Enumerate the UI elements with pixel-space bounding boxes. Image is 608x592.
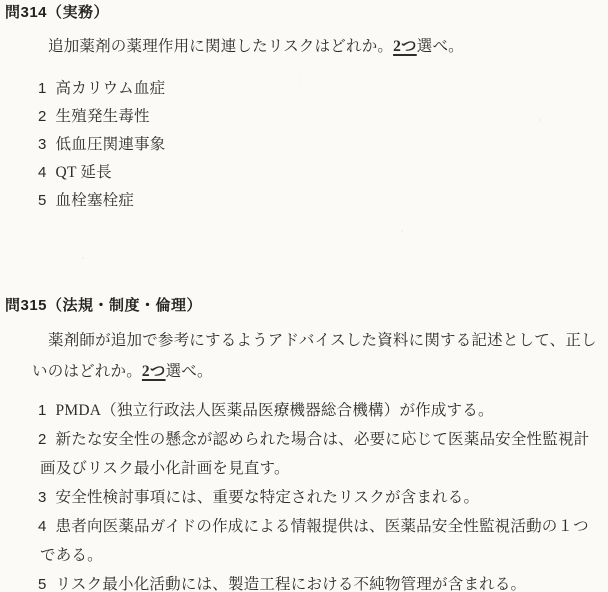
q314-option-5: 5血栓塞栓症: [40, 187, 604, 215]
option-text: 生殖発生毒性: [56, 108, 150, 125]
option-number: 2: [38, 431, 47, 448]
option-text: 新たな安全性の懸念が認められた場合は、必要に応じて医薬品安全性監視計画及びリスク…: [40, 431, 589, 477]
q315-option-2: 2新たな安全性の懸念が認められた場合は、必要に応じて医薬品安全性監視計画及びリス…: [40, 425, 604, 483]
option-text: 低血圧関連事象: [56, 136, 166, 153]
q315-option-5: 5リスク最小化活動には、製造工程における不純物管理が含まれる。: [40, 570, 604, 592]
question-315-header: 問315（法規・制度・倫理）: [0, 296, 608, 316]
option-number: 1: [38, 402, 47, 419]
question-315-text-after: 選べ。: [166, 363, 213, 380]
option-text: QT 延長: [56, 164, 112, 181]
option-text: 患者向医薬品ガイドの作成による情報提供は、医薬品安全性監視活動の１つである。: [40, 518, 589, 564]
question-315-emphasis: 2つ: [142, 363, 166, 380]
q314-option-1: 1高カリウム血症: [40, 75, 604, 103]
question-314-section: 問314（実務） 追加薬剤の薬理作用に関連したリスクはどれか。2つ選べ。 1高カ…: [0, 3, 608, 215]
question-314-options: 1高カリウム血症 2生殖発生毒性 3低血圧関連事象 4QT 延長 5血栓塞栓症: [0, 75, 608, 215]
q315-option-4: 4患者向医薬品ガイドの作成による情報提供は、医薬品安全性監視活動の１つである。: [40, 512, 604, 570]
option-number: 4: [38, 164, 47, 181]
question-314-header: 問314（実務）: [0, 3, 608, 23]
option-number: 3: [38, 136, 47, 153]
option-number: 1: [38, 80, 47, 97]
q314-option-4: 4QT 延長: [40, 159, 604, 187]
question-314-text-after: 選べ。: [417, 38, 464, 55]
question-314-text-before: 追加薬剤の薬理作用に関連したリスクはどれか。: [48, 38, 393, 55]
exam-page: { "colors": { "page_background": "#fbfaf…: [0, 0, 608, 592]
question-314-text: 追加薬剤の薬理作用に関連したリスクはどれか。2つ選べ。: [32, 32, 604, 62]
question-315-text: 薬剤師が追加で参考にするようアドバイスした資料に関する記述として、正しいのはどれ…: [32, 325, 604, 387]
option-number: 5: [38, 192, 47, 209]
question-315-options: 1PMDA（独立行政法人医薬品医療機器総合機構）が作成する。 2新たな安全性の懸…: [0, 396, 608, 592]
question-315-section: 問315（法規・制度・倫理） 薬剤師が追加で参考にするようアドバイスした資料に関…: [0, 296, 608, 592]
option-text: 血栓塞栓症: [56, 192, 135, 209]
option-text: 安全性検討事項には、重要な特定されたリスクが含まれる。: [56, 489, 480, 506]
q315-option-1: 1PMDA（独立行政法人医薬品医療機器総合機構）が作成する。: [40, 396, 604, 425]
option-text: 高カリウム血症: [56, 80, 166, 97]
q315-option-3: 3安全性検討事項には、重要な特定されたリスクが含まれる。: [40, 483, 604, 512]
option-number: 3: [38, 489, 47, 506]
q314-option-3: 3低血圧関連事象: [40, 131, 604, 159]
option-number: 4: [38, 518, 47, 535]
option-text: PMDA（独立行政法人医薬品医療機器総合機構）が作成する。: [56, 402, 494, 419]
option-text: リスク最小化活動には、製造工程における不純物管理が含まれる。: [56, 576, 527, 592]
option-number: 2: [38, 108, 47, 125]
question-314-emphasis: 2つ: [393, 38, 417, 55]
option-number: 5: [38, 576, 47, 592]
q314-option-2: 2生殖発生毒性: [40, 103, 604, 131]
question-315-text-before: 薬剤師が追加で参考にするようアドバイスした資料に関する記述として、正しいのはどれ…: [32, 332, 597, 380]
